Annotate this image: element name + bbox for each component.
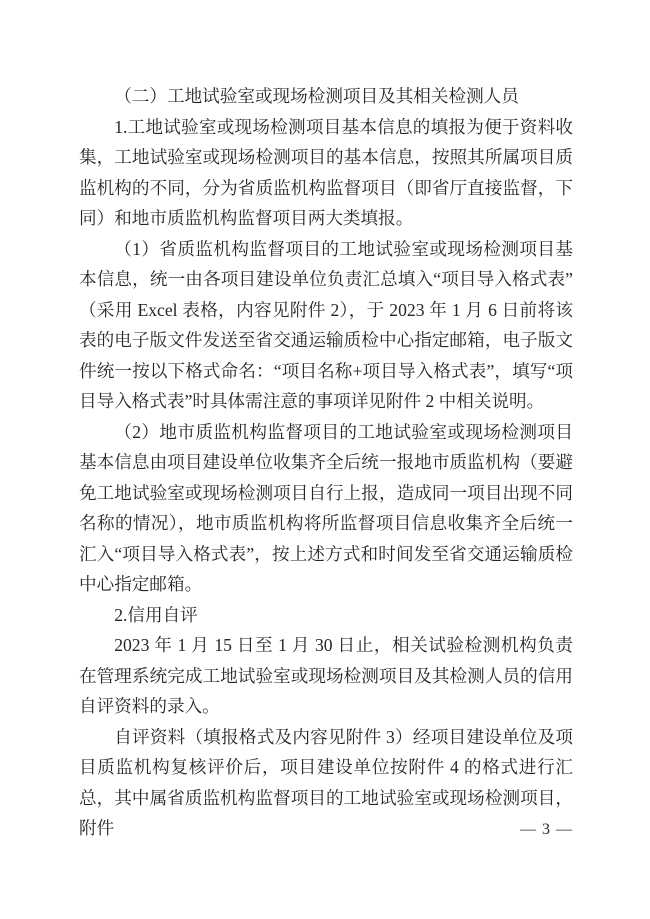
document-body: （二）工地试验室或现场检测项目及其相关检测人员 1.工地试验室或现场检测项目基本… xyxy=(79,81,573,844)
subheading-credit-self-assessment: 2.信用自评 xyxy=(79,600,573,631)
document-page: （二）工地试验室或现场检测项目及其相关检测人员 1.工地试验室或现场检测项目基本… xyxy=(0,0,650,919)
paragraph-municipal-supervised-projects: （2）地市质监机构监督项目的工地试验室或现场检测项目基本信息由项目建设单位收集齐… xyxy=(79,417,573,600)
section-heading: （二）工地试验室或现场检测项目及其相关检测人员 xyxy=(79,81,573,112)
paragraph-self-assessment-deadline: 2023 年 1 月 15 日至 1 月 30 日止，相关试验检测机构负责在管理… xyxy=(79,630,573,722)
paragraph-provincial-supervised-projects: （1）省质监机构监督项目的工地试验室或现场检测项目基本信息，统一由各项目建设单位… xyxy=(79,234,573,417)
paragraph-basic-info-filing: 1.工地试验室或现场检测项目基本信息的填报为便于资料收集，工地试验室或现场检测项… xyxy=(79,112,573,234)
paragraph-self-assessment-review: 自评资料（填报格式及内容见附件 3）经项目建设单位及项目质监机构复核评价后，项目… xyxy=(79,722,573,844)
page-number: — 3 — xyxy=(520,820,573,840)
